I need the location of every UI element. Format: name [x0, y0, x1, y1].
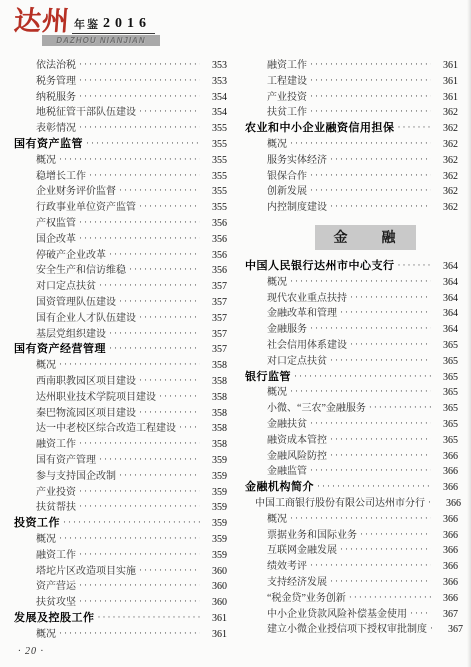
toc-entry-page: 361: [434, 74, 458, 90]
dot-leader: ········································…: [79, 89, 200, 105]
toc-entry-page: 357: [203, 327, 227, 343]
toc-entry-title: 对口定点扶贫: [36, 279, 96, 295]
toc-entry-title: 概况: [267, 385, 287, 401]
toc-entry-title: 扶贫攻坚: [36, 595, 76, 611]
toc-entry-page: 358: [203, 358, 227, 374]
dot-leader: ········································…: [99, 278, 200, 294]
toc-entry: 产业投资····································…: [14, 485, 227, 501]
toc-entry: 地税征管干部队伍建设······························…: [14, 105, 227, 121]
toc-entry-page: 356: [203, 216, 227, 232]
toc-entry-page: 354: [203, 105, 227, 121]
toc-entry-title: 融资工作: [267, 58, 307, 74]
dot-leader: ········································…: [310, 73, 431, 89]
toc-entry-title: 行政事业单位资产监管: [36, 200, 136, 216]
yearbook-title: 达州: [13, 8, 71, 34]
toc-entry: 概况······································…: [245, 385, 458, 401]
toc-entry-title: 农业和中小企业融资信用担保: [245, 121, 395, 137]
toc-entry-title: 概况: [267, 137, 287, 153]
toc-entry-title: 建立小微企业授信项下授权审批制度: [267, 622, 427, 638]
dot-leader: ········································…: [330, 574, 431, 590]
toc-entry: 对口定点扶贫··································…: [245, 354, 458, 370]
toc-entry-page: 358: [203, 374, 227, 390]
toc-entry-page: 362: [434, 153, 458, 169]
toc-entry-title: 金融风险防控: [267, 449, 327, 465]
toc-columns: 依法治税····································…: [14, 58, 458, 642]
dot-leader: ········································…: [330, 432, 431, 448]
toc-entry: 西南职教园区项目建设······························…: [14, 374, 227, 390]
toc-entry: 安全生产和信访维稳·······························…: [14, 263, 227, 279]
dot-leader: ········································…: [290, 511, 431, 527]
toc-entry-page: 356: [203, 232, 227, 248]
toc-entry-title: 融资工作: [36, 437, 76, 453]
toc-entry-title: 金融服务: [267, 322, 307, 338]
toc-entry: 服务实体经济··································…: [245, 153, 458, 169]
toc-entry: 投资工作····································…: [14, 516, 227, 532]
toc-entry: 纳税服务····································…: [14, 90, 227, 106]
toc-entry-page: 355: [203, 200, 227, 216]
toc-entry: 国有资产管理··································…: [14, 453, 227, 469]
toc-entry-page: 353: [203, 58, 227, 74]
dot-leader: ········································…: [59, 152, 200, 168]
toc-entry-page: 355: [203, 137, 227, 153]
toc-entry-page: 364: [434, 275, 458, 291]
dot-leader: ········································…: [63, 515, 200, 531]
toc-entry: 支持经济发展··································…: [245, 575, 458, 591]
toc-entry: 税务管理····································…: [14, 74, 227, 90]
toc-entry-title: 基层党组织建设: [36, 327, 106, 343]
toc-entry-page: 365: [434, 370, 458, 386]
toc-entry-title: 概况: [36, 627, 56, 643]
toc-entry-page: 364: [434, 291, 458, 307]
toc-entry-page: 362: [434, 169, 458, 185]
dot-leader: ········································…: [59, 626, 200, 642]
toc-entry-title: 国资管理队伍建设: [36, 295, 116, 311]
dot-leader: ········································…: [109, 326, 200, 342]
dot-leader: ········································…: [59, 357, 200, 373]
toc-entry-title: 票据业务和国际业务: [267, 528, 357, 544]
toc-entry-page: 362: [434, 200, 458, 216]
toc-entry: 停破产企业改革·································…: [14, 248, 227, 264]
dot-leader: ········································…: [330, 448, 431, 464]
toc-entry: 依法治税····································…: [14, 58, 227, 74]
toc-entry: 基层党组织建设·································…: [14, 327, 227, 343]
toc-entry: 票据业务和国际业务·······························…: [245, 528, 458, 544]
dot-leader: ········································…: [109, 341, 200, 357]
toc-entry: 国有资产经营管理································…: [14, 342, 227, 358]
dot-leader: ········································…: [99, 452, 200, 468]
toc-entry-page: 361: [203, 611, 227, 627]
toc-entry-page: 365: [434, 417, 458, 433]
toc-entry: 银行监管····································…: [245, 370, 458, 386]
toc-entry-title: 概况: [267, 512, 287, 528]
toc-entry: 融资工作····································…: [14, 548, 227, 564]
toc-entry-title: 扶贫帮扶: [36, 500, 76, 516]
toc-entry-title: 税务管理: [36, 74, 76, 90]
toc-entry: 达一中老校区综合改造工程建设··························…: [14, 421, 227, 437]
toc-entry-page: 355: [203, 121, 227, 137]
toc-entry-page: 354: [203, 90, 227, 106]
toc-entry-page: 360: [203, 595, 227, 611]
dot-leader: ········································…: [330, 353, 431, 369]
toc-entry-page: 355: [203, 184, 227, 200]
toc-entry: 概况······································…: [14, 627, 227, 643]
dot-leader: ········································…: [79, 57, 200, 73]
toc-entry: 概况······································…: [245, 275, 458, 291]
toc-entry: 概况······································…: [14, 532, 227, 548]
toc-entry-title: 对口定点扶贫: [267, 354, 327, 370]
toc-entry-page: 366: [434, 528, 458, 544]
toc-entry-page: 367: [434, 607, 458, 623]
toc-entry-page: 366: [434, 559, 458, 575]
toc-entry: 绩效考评····································…: [245, 559, 458, 575]
toc-entry: 产业投资····································…: [245, 90, 458, 106]
toc-entry-page: 364: [434, 322, 458, 338]
toc-entry-title: 产业投资: [267, 90, 307, 106]
toc-entry-page: 361: [203, 627, 227, 643]
dot-leader: ········································…: [79, 215, 200, 231]
toc-entry: 金融扶贫····································…: [245, 417, 458, 433]
yearbook-year: 2016: [103, 16, 151, 32]
toc-entry-title: 扶贫工作: [267, 105, 307, 121]
toc-column-right: 融资工作····································…: [245, 58, 458, 642]
toc-entry-title: 创新发展: [267, 184, 307, 200]
toc-entry-title: 概况: [36, 532, 56, 548]
toc-entry-title: 国企改革: [36, 232, 76, 248]
toc-entry: 概况······································…: [245, 137, 458, 153]
toc-entry-page: 357: [203, 279, 227, 295]
dot-leader: ········································…: [119, 294, 200, 310]
toc-entry-page: 361: [434, 90, 458, 106]
toc-entry: 社会信用体系建设································…: [245, 338, 458, 354]
toc-entry-page: 358: [203, 406, 227, 422]
toc-entry: 扶贫工作····································…: [245, 105, 458, 121]
toc-entry-title: 金融机构简介: [245, 480, 314, 496]
toc-entry-page: 357: [203, 295, 227, 311]
toc-entry-title: 绩效考评: [267, 559, 307, 575]
dot-leader: ········································…: [349, 590, 431, 606]
toc-entry-page: 366: [434, 464, 458, 480]
toc-entry-title: 中国工商银行股份有限公司达州市分行: [255, 496, 425, 512]
toc-entry-page: 362: [434, 184, 458, 200]
yearbook-subtitle: 年鉴: [74, 16, 100, 32]
dot-leader: ········································…: [79, 547, 200, 563]
toc-entry-title: 互联网金融发展: [267, 543, 337, 559]
toc-entry: 参与支持国企改制································…: [14, 469, 227, 485]
dot-leader: ········································…: [119, 468, 200, 484]
toc-entry-title: 地税征管干部队伍建设: [36, 105, 136, 121]
dot-leader: ········································…: [428, 495, 434, 511]
toc-entry: 金融监管····································…: [245, 464, 458, 480]
toc-entry: 金融服务····································…: [245, 322, 458, 338]
dot-leader: ········································…: [317, 479, 431, 495]
toc-entry: 小微、“三农”金融服务·····························…: [245, 401, 458, 417]
toc-column-left: 依法治税····································…: [14, 58, 227, 642]
toc-entry-title: 金融改革和管理: [267, 306, 337, 322]
toc-entry: 对口定点扶贫··································…: [14, 279, 227, 295]
dot-leader: ········································…: [98, 610, 201, 626]
section-heading-finance: 金 融: [315, 225, 416, 250]
toc-entry: 行政事业单位资产监管······························…: [14, 200, 227, 216]
toc-entry-page: 366: [434, 575, 458, 591]
toc-entry-title: 国有企业人才队伍建设: [36, 311, 136, 327]
toc-entry: 现代农业重点扶持································…: [245, 291, 458, 307]
toc-entry-title: 融资成本管控: [267, 433, 327, 449]
toc-entry: 金融改革和管理·································…: [245, 306, 458, 322]
toc-entry-title: 概况: [267, 275, 287, 291]
toc-entry: 国有企业人才队伍建设······························…: [14, 311, 227, 327]
dot-leader: ········································…: [310, 321, 431, 337]
toc-entry-title: 秦巴物流园区项目建设: [36, 406, 136, 422]
toc-entry-title: 依法治税: [36, 58, 76, 74]
dot-leader: ········································…: [139, 563, 200, 579]
toc-entry-page: 366: [434, 591, 458, 607]
toc-entry-page: 362: [434, 137, 458, 153]
dot-leader: ········································…: [139, 405, 200, 421]
page-number: · 20 ·: [18, 646, 44, 657]
toc-entry-title: 参与支持国企改制: [36, 469, 116, 485]
toc-entry-page: 358: [203, 390, 227, 406]
page-header: 达州 年鉴 2016 DAZHOU NIANJIAN: [14, 8, 160, 46]
toc-entry-page: 366: [434, 480, 458, 496]
toc-entry: 中国人民银行达州市中心支行···························…: [245, 259, 458, 275]
toc-entry-page: 364: [434, 306, 458, 322]
dot-leader: ········································…: [179, 420, 200, 436]
toc-entry-title: 国有资产管理: [36, 453, 96, 469]
dot-leader: ········································…: [310, 463, 431, 479]
toc-entry-title: 概况: [36, 358, 56, 374]
dot-leader: ········································…: [310, 183, 431, 199]
toc-entry: 产权监管····································…: [14, 216, 227, 232]
toc-entry: “税金贷”业务创新·······························…: [245, 591, 458, 607]
toc-entry-page: 359: [203, 500, 227, 516]
toc-entry: 概况······································…: [14, 153, 227, 169]
toc-entry: 企业财务评价监督································…: [14, 184, 227, 200]
toc-entry-title: 产权监管: [36, 216, 76, 232]
toc-entry-title: 西南职教园区项目建设: [36, 374, 136, 390]
toc-entry: 中小企业贷款风险补偿基金使用··························…: [245, 607, 458, 623]
toc-entry-page: 359: [203, 485, 227, 501]
dot-leader: ········································…: [119, 183, 200, 199]
dot-leader: ········································…: [398, 120, 432, 136]
toc-entry-page: 365: [434, 385, 458, 401]
toc-entry: 国企改革····································…: [14, 232, 227, 248]
dot-leader: ········································…: [79, 499, 200, 515]
toc-entry: 内控制度建设··································…: [245, 200, 458, 216]
toc-entry-title: 小微、“三农”金融服务: [267, 401, 366, 417]
toc-entry-page: 355: [203, 169, 227, 185]
toc-entry: 工程建设····································…: [245, 74, 458, 90]
toc-entry-title: 概况: [36, 153, 56, 169]
toc-entry-title: 银保合作: [267, 169, 307, 185]
toc-entry-page: 365: [434, 433, 458, 449]
toc-entry-page: 366: [434, 512, 458, 528]
toc-entry-title: 纳税服务: [36, 90, 76, 106]
toc-entry-page: 356: [203, 248, 227, 264]
dot-leader: ········································…: [89, 168, 200, 184]
toc-entry-title: 资产营运: [36, 579, 76, 595]
toc-entry-title: 国有资产经营管理: [14, 342, 106, 358]
toc-entry-page: 357: [203, 311, 227, 327]
toc-entry: 互联网金融发展·································…: [245, 543, 458, 559]
dot-leader: ········································…: [310, 168, 431, 184]
toc-entry: 扶贫帮扶····································…: [14, 500, 227, 516]
dot-leader: ········································…: [129, 262, 200, 278]
dot-leader: ········································…: [139, 373, 200, 389]
dot-leader: ········································…: [310, 416, 431, 432]
toc-entry-page: 365: [434, 354, 458, 370]
dot-leader: ········································…: [290, 384, 431, 400]
toc-entry: 达州职业技术学院项目建设····························…: [14, 390, 227, 406]
toc-entry: 塔坨片区改造项目实施······························…: [14, 564, 227, 580]
toc-entry-page: 365: [434, 401, 458, 417]
toc-entry-title: 服务实体经济: [267, 153, 327, 169]
toc-entry: 建立小微企业授信项下授权审批制度························…: [245, 622, 458, 638]
dot-leader: ········································…: [139, 199, 200, 215]
dot-leader: ········································…: [310, 104, 431, 120]
toc-entry-title: 银行监管: [245, 370, 291, 386]
toc-entry-title: 支持经济发展: [267, 575, 327, 591]
dot-leader: ········································…: [139, 104, 200, 120]
toc-entry-title: 达州职业技术学院项目建设: [36, 390, 156, 406]
toc-entry-title: 工程建设: [267, 74, 307, 90]
toc-entry-title: 稳增长工作: [36, 169, 86, 185]
dot-leader: ········································…: [86, 136, 200, 152]
toc-entry-page: 359: [203, 548, 227, 564]
toc-entry-page: 361: [434, 58, 458, 74]
dot-leader: ········································…: [350, 337, 431, 353]
toc-entry: 融资工作····································…: [245, 58, 458, 74]
toc-entry-page: 366: [434, 449, 458, 465]
toc-entry-page: 359: [203, 453, 227, 469]
toc-entry-title: 发展及控股工作: [14, 611, 95, 627]
toc-entry-page: 367: [439, 622, 463, 638]
dot-leader: ········································…: [310, 558, 431, 574]
toc-entry-page: 355: [203, 153, 227, 169]
toc-entry: 银保合作····································…: [245, 169, 458, 185]
toc-entry: 创新发展····································…: [245, 184, 458, 200]
toc-entry-page: 366: [434, 543, 458, 559]
toc-entry-title: 现代农业重点扶持: [267, 291, 347, 307]
dot-leader: ········································…: [410, 606, 431, 622]
dot-leader: ········································…: [294, 369, 431, 385]
dot-leader: ········································…: [79, 578, 200, 594]
toc-entry-page: 366: [437, 496, 461, 512]
dot-leader: ········································…: [430, 621, 436, 637]
dot-leader: ········································…: [79, 73, 200, 89]
dot-leader: ········································…: [398, 258, 432, 274]
toc-entry-page: 359: [203, 532, 227, 548]
dot-leader: ········································…: [330, 152, 431, 168]
toc-entry-title: 金融监管: [267, 464, 307, 480]
toc-entry-title: “税金贷”业务创新: [267, 591, 346, 607]
yearbook-title-right: 年鉴 2016: [72, 16, 155, 34]
toc-entry: 金融风险防控··································…: [245, 449, 458, 465]
toc-entry-title: 国有资产监管: [14, 137, 83, 153]
dot-leader: ········································…: [340, 542, 431, 558]
toc-entry-page: 358: [203, 421, 227, 437]
toc-entry-title: 社会信用体系建设: [267, 338, 347, 354]
toc-entry: 秦巴物流园区项目建设······························…: [14, 406, 227, 422]
toc-entry: 稳增长工作···································…: [14, 169, 227, 185]
dot-leader: ········································…: [290, 274, 431, 290]
toc-entry-page: 358: [203, 437, 227, 453]
toc-entry: 资产营运····································…: [14, 579, 227, 595]
toc-entry-page: 360: [203, 564, 227, 580]
dot-leader: ········································…: [79, 484, 200, 500]
dot-leader: ········································…: [330, 199, 431, 215]
toc-entry-page: 365: [434, 338, 458, 354]
dot-leader: ········································…: [59, 531, 200, 547]
toc-entry-page: 359: [203, 469, 227, 485]
dot-leader: ········································…: [290, 136, 431, 152]
yearbook-title-en: DAZHOU NIANJIAN: [42, 35, 160, 46]
toc-entry: 金融机构简介··································…: [245, 480, 458, 496]
toc-entry-title: 塔坨片区改造项目实施: [36, 564, 136, 580]
dot-leader: ········································…: [79, 231, 200, 247]
toc-entry-page: 360: [203, 579, 227, 595]
toc-entry: 融资成本管控··································…: [245, 433, 458, 449]
dot-leader: ········································…: [79, 436, 200, 452]
dot-leader: ········································…: [310, 89, 431, 105]
toc-entry-title: 表彰情况: [36, 121, 76, 137]
dot-leader: ········································…: [350, 290, 431, 306]
toc-entry-title: 安全生产和信访维稳: [36, 263, 126, 279]
toc-entry: 扶贫攻坚····································…: [14, 595, 227, 611]
toc-entry: 农业和中小企业融资信用担保···························…: [245, 121, 458, 137]
toc-entry: 发展及控股工作·································…: [14, 611, 227, 627]
toc-entry: 概况······································…: [245, 512, 458, 528]
toc-entry-title: 中小企业贷款风险补偿基金使用: [267, 607, 407, 623]
toc-entry-page: 364: [434, 259, 458, 275]
toc-entry-title: 投资工作: [14, 516, 60, 532]
toc-entry-page: 356: [203, 263, 227, 279]
dot-leader: ········································…: [360, 527, 431, 543]
dot-leader: ········································…: [109, 247, 200, 263]
dot-leader: ········································…: [79, 120, 200, 136]
toc-entry: 国有资产监管··································…: [14, 137, 227, 153]
toc-entry-page: 362: [434, 105, 458, 121]
toc-entry-page: 359: [203, 516, 227, 532]
dot-leader: ········································…: [310, 57, 431, 73]
toc-entry: 国资管理队伍建设································…: [14, 295, 227, 311]
toc-entry: 概况······································…: [14, 358, 227, 374]
dot-leader: ········································…: [159, 389, 200, 405]
toc-entry: 融资工作····································…: [14, 437, 227, 453]
dot-leader: ········································…: [369, 400, 431, 416]
toc-entry-title: 企业财务评价监督: [36, 184, 116, 200]
toc-entry-title: 停破产企业改革: [36, 248, 106, 264]
toc-entry-title: 产业投资: [36, 485, 76, 501]
toc-entry-page: 357: [203, 342, 227, 358]
toc-entry-title: 中国人民银行达州市中心支行: [245, 259, 395, 275]
dot-leader: ········································…: [139, 310, 200, 326]
toc-entry-title: 融资工作: [36, 548, 76, 564]
toc-entry-page: 353: [203, 74, 227, 90]
dot-leader: ········································…: [79, 594, 200, 610]
toc-entry-title: 达一中老校区综合改造工程建设: [36, 421, 176, 437]
toc-entry-page: 362: [434, 121, 458, 137]
toc-entry: 中国工商银行股份有限公司达州市分行·······················…: [245, 496, 458, 512]
dot-leader: ········································…: [340, 305, 431, 321]
toc-entry: 表彰情况····································…: [14, 121, 227, 137]
toc-entry-title: 内控制度建设: [267, 200, 327, 216]
toc-entry-title: 金融扶贫: [267, 417, 307, 433]
